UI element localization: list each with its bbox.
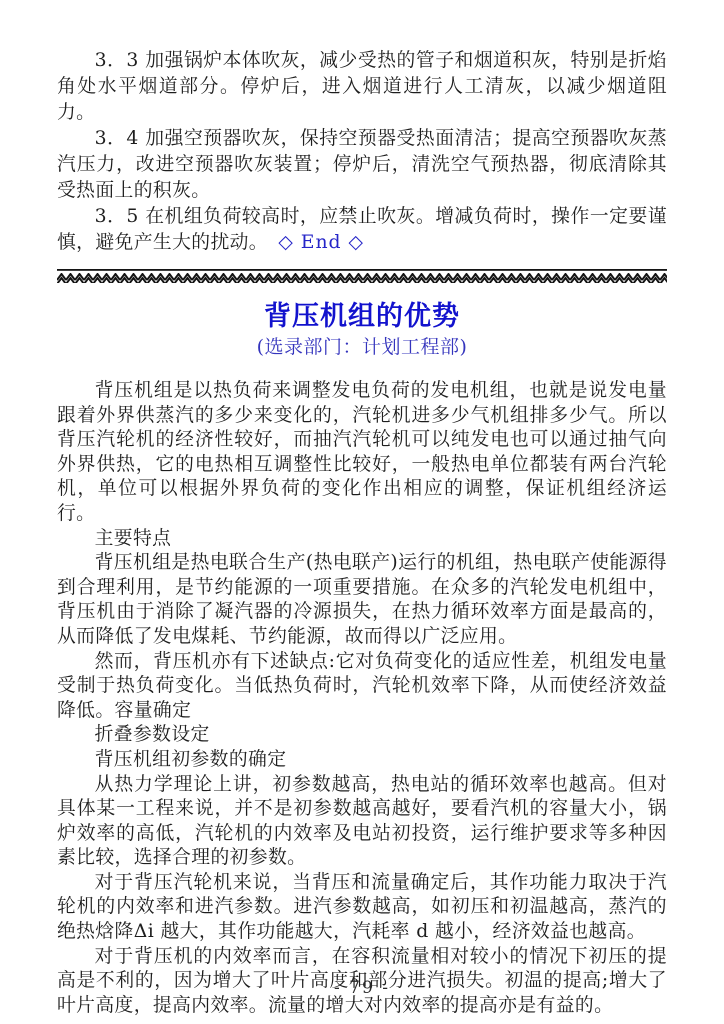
article-paragraph: 对于背压汽轮机来说，当背压和流量确定后，其作功能力取决于汽轮机的内效率和进汽参数… xyxy=(57,871,667,945)
article-paragraph: 主要特点 xyxy=(57,527,667,552)
article-body: 背压机组是以热负荷来调整发电负荷的发电机组，也就是说发电量跟着外界供蒸汽的多少来… xyxy=(57,379,667,1018)
notice-paragraph-3-5: 3．5 在机组负荷较高时，应禁止吹灰。增减负荷时，操作一定要谨慎，避免产生大的扰… xyxy=(57,204,667,256)
notice-paragraph-3-3: 3．3 加强锅炉本体吹灰，减少受热的管子和烟道积灰，特别是折焰角处水平烟道部分。… xyxy=(57,48,667,126)
article-subtitle: (选录部门：计划工程部) xyxy=(57,335,667,360)
article-paragraph: 背压机组是以热负荷来调整发电负荷的发电机组，也就是说发电量跟着外界供蒸汽的多少来… xyxy=(57,379,667,527)
article-paragraph: 背压机组是热电联合生产(热电联产)运行的机组，热电联产使能源得到合理利用，是节约… xyxy=(57,551,667,649)
article-paragraph: 然而，背压机亦有下述缺点:它对负荷变化的适应性差，机组发电量受制于热负荷变化。当… xyxy=(57,650,667,724)
article-title: 背压机组的优势 xyxy=(57,300,667,333)
article-paragraph: 背压机组初参数的确定 xyxy=(57,748,667,773)
notice-paragraph-3-4: 3．4 加强空预器吹灰，保持空预器受热面清洁；提高空预器吹灰蒸汽压力，改进空预器… xyxy=(57,126,667,204)
end-marker: ◇ End ◇ xyxy=(268,232,364,253)
page-content: 3．3 加强锅炉本体吹灰，减少受热的管子和烟道积灰，特别是折焰角处水平烟道部分。… xyxy=(0,0,724,1018)
article-paragraph: 从热力学理论上讲，初参数越高，热电站的循环效率也越高。但对具体某一工程来说，并不… xyxy=(57,773,667,871)
page-number: - 79 - xyxy=(0,978,724,998)
zigzag-divider-graphic xyxy=(57,269,667,283)
notice-section: 3．3 加强锅炉本体吹灰，减少受热的管子和烟道积灰，特别是折焰角处水平烟道部分。… xyxy=(57,48,667,256)
document-page: 3．3 加强锅炉本体吹灰，减少受热的管子和烟道积灰，特别是折焰角处水平烟道部分。… xyxy=(0,0,724,1024)
zigzag-divider xyxy=(57,269,667,283)
article-paragraph: 折叠参数设定 xyxy=(57,723,667,748)
